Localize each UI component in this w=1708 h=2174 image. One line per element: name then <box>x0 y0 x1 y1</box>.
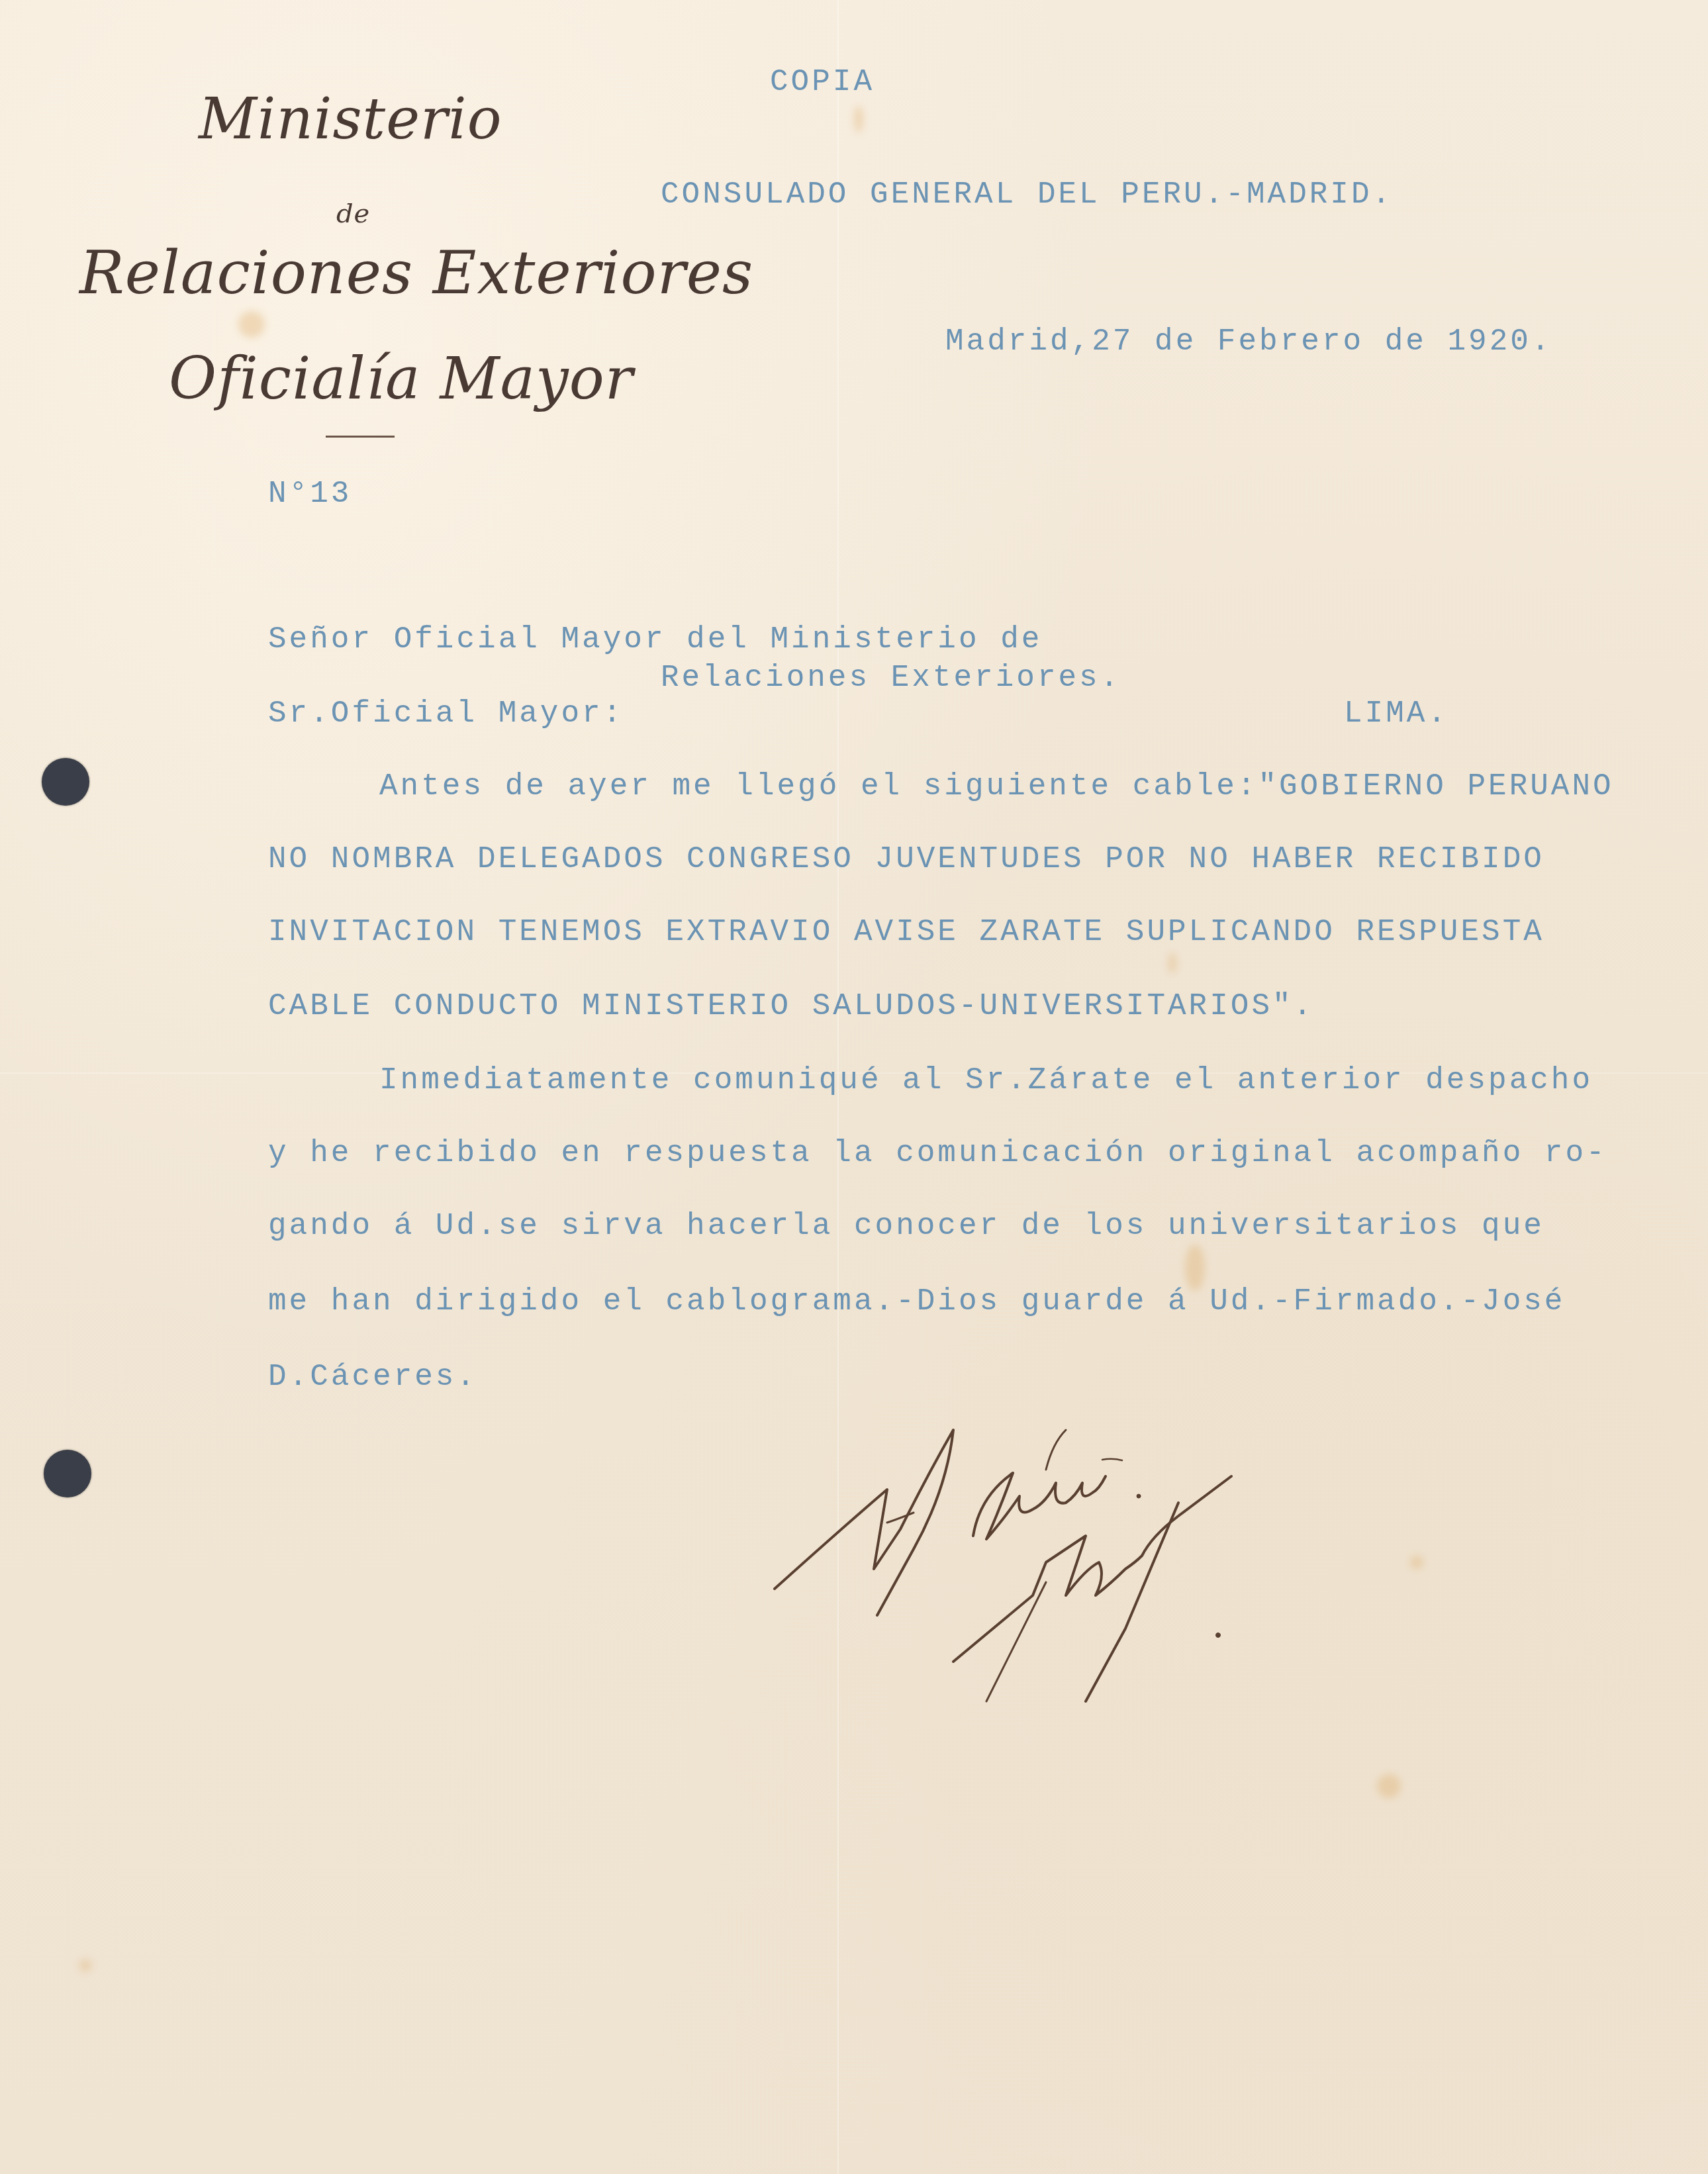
paper-stain <box>1410 1556 1423 1569</box>
letterhead-rule <box>326 436 395 438</box>
paper-stain <box>1377 1774 1401 1798</box>
addressee-line-1: Señor Oficial Mayor del Ministerio de <box>268 622 1042 657</box>
body-line: Antes de ayer me llegó el siguiente cabl… <box>379 769 1614 804</box>
body-line: gando á Ud.se sirva hacerla conocer de l… <box>268 1209 1544 1243</box>
date-line: Madrid,27 de Febrero de 1920. <box>945 324 1552 359</box>
letterhead-ministerio: Ministerio <box>199 86 502 152</box>
body-line: NO NOMBRA DELEGADOS CONGRESO JUVENTUDES … <box>268 842 1544 876</box>
letterhead-relaciones-exteriores: Relaciones Exteriores <box>79 238 753 308</box>
paper-stain <box>238 311 265 338</box>
sender-heading: CONSULADO GENERAL DEL PERU.-MADRID. <box>661 177 1393 212</box>
body-line: CABLE CONDUCTO MINISTERIO SALUDOS-UNIVER… <box>268 989 1314 1023</box>
reference-number: N°13 <box>268 477 352 511</box>
salutation: Sr.Oficial Mayor: <box>268 696 624 731</box>
paper-stain <box>854 106 863 132</box>
handwritten-signature: Handwritten signature <box>755 1397 1351 1715</box>
paper-stain <box>1168 953 1176 973</box>
body-line: y he recibido en respuesta la comunicaci… <box>268 1136 1607 1170</box>
body-line: Inmediatamente comuniqué al Sr.Zárate el… <box>379 1063 1593 1098</box>
body-line: me han dirigido el cablograma.-Dios guar… <box>268 1284 1565 1319</box>
punch-hole-upper <box>42 758 89 806</box>
addressee-line-2: Relaciones Exteriores. <box>661 661 1121 695</box>
punch-hole-lower <box>44 1450 91 1497</box>
addressee-city: LIMA. <box>1344 696 1448 731</box>
body-line: D.Cáceres. <box>268 1360 477 1394</box>
letterhead-de: de <box>336 199 370 229</box>
paper-stain <box>79 1960 91 1971</box>
letterhead-oficialia-mayor: Oficialía Mayor <box>169 344 634 412</box>
body-line: INVITACION TENEMOS EXTRAVIO AVISE ZARATE… <box>268 915 1544 949</box>
copy-label: COPIA <box>770 65 875 99</box>
